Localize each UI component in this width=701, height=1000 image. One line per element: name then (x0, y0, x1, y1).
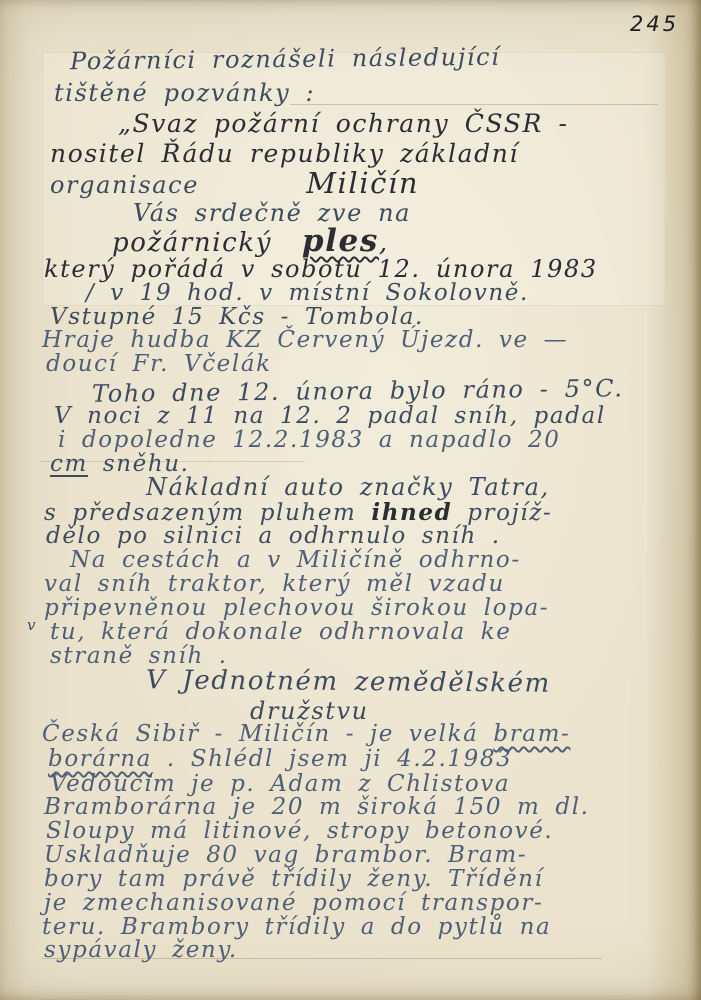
handwriting-line-27: Česká Sibiř - Miličín - je velká bram- (42, 722, 570, 747)
handwriting-line-15: i dopoledne 12.2.1983 a napadlo 20 (58, 428, 561, 453)
line-27-underlined: bram- (493, 721, 570, 747)
handwriting-line-31: Sloupy má litinové, stropy betonové. (46, 819, 553, 844)
line-07-ball-word: ples (302, 223, 379, 259)
sheet-edge-line (290, 104, 658, 105)
line-18-emphasis: ihned (371, 499, 452, 526)
handwriting-line-05: organisace Miličín (50, 168, 419, 200)
handwriting-line-19: dělo po silnici a odhrnulo sníh . (46, 524, 501, 549)
handwriting-line-01: Požárníci roznášeli následující (70, 44, 501, 75)
handwriting-line-14: V noci z 11 na 12. 2 padal sníh, padal (54, 404, 606, 429)
handwriting-line-33: bory tam právě třídily ženy. Třídění (44, 867, 544, 892)
handwriting-line-07: požárnický ples, (112, 224, 389, 258)
handwriting-line-17: Nákladní auto značky Tatra, (146, 474, 550, 500)
line-07-lead: požárnický (112, 228, 272, 258)
line-28-underlined: borárna (48, 746, 152, 772)
margin-mark: v (27, 616, 35, 634)
handwriting-line-23: tu, která dokonale odhrnovala ke (50, 620, 512, 645)
handwriting-line-08: který pořádá v sobotu 12. února 1983 (44, 256, 598, 282)
handwriting-line-02: tištěné pozvánky : (54, 80, 315, 106)
line-27-a: Česká Sibiř - Miličín - je velká (42, 721, 493, 747)
handwriting-line-30: Bramborárna je 20 m široká 150 m dl. (44, 795, 590, 820)
handwriting-line-22: připevněnou plechovou širokou lopa- (44, 596, 549, 621)
handwriting-line-21: val sníh traktor, který měl vzadu (44, 572, 505, 597)
handwriting-line-11: Hraje hudba KZ Červený Újezd. ve — (42, 328, 568, 353)
handwriting-line-12: doucí Fr. Včelák (46, 352, 272, 377)
handwriting-line-34: je zmechanisované pomocí transpor- (44, 891, 543, 916)
handwriting-line-09: / v 19 hod. v místní Sokolovně. (86, 281, 529, 306)
line-05-place-name: Miličín (306, 166, 419, 200)
handwriting-line-04: nositel Řádu republiky základní (50, 140, 519, 168)
line-28-b: . Shlédl jsem ji 4.2.1983 (152, 746, 512, 772)
line-05-left: organisace (50, 171, 199, 199)
handwriting-line-20: Na cestách a v Miličíně odhrno- (70, 548, 521, 573)
page-number: 245 (630, 12, 679, 36)
handwriting-line-32: Uskladňuje 80 vag brambor. Bram- (44, 843, 527, 868)
chronicle-page: 245 v Požárníci roznášeli následující ti… (0, 0, 701, 1000)
handwriting-line-28: borárna . Shlédl jsem ji 4.2.1983 (48, 747, 512, 772)
line-16-cm: cm (50, 451, 88, 477)
handwriting-line-03: „Svaz požární ochrany ČSSR - (118, 110, 569, 138)
line-07-comma: , (379, 228, 389, 258)
section-heading: V Jednotném zemědělském (146, 666, 551, 698)
handwriting-line-36: sypávaly ženy. (44, 938, 238, 963)
